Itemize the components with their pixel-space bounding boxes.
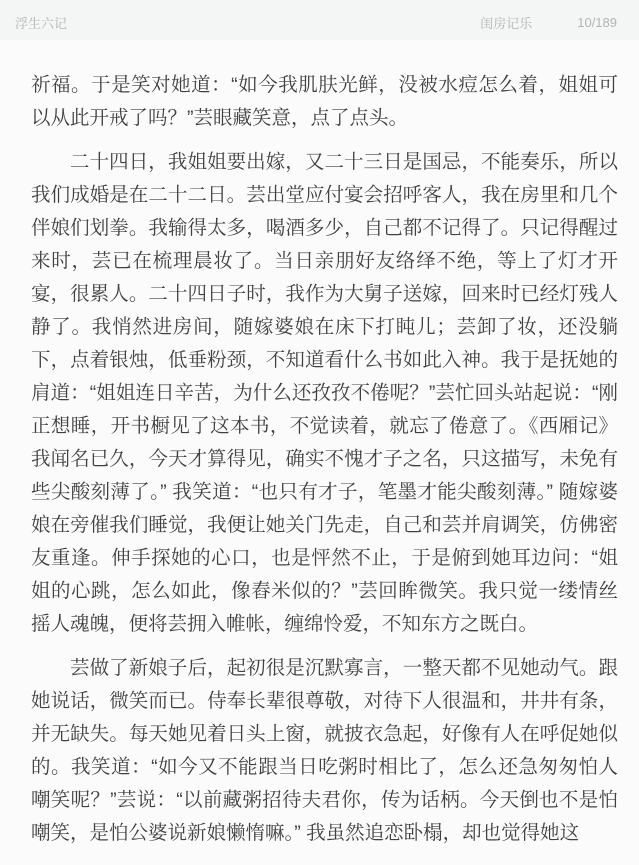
chapter-title: 闺房记乐 xyxy=(480,13,532,32)
book-title: 浮生六记 xyxy=(15,13,67,32)
text-paragraph: 祈福。于是笑对她道：“如今我肌肤光鲜，没被水痘怎么着，姐姐可以从此开戒了吗？”芸… xyxy=(31,69,618,135)
text-paragraph: 芸做了新娘子后，起初很是沉默寡言，一整天都不见她动气。跟她说话，微笑而已。侍奉长… xyxy=(31,652,618,850)
reader-header: 浮生六记 闺房记乐 10/189 xyxy=(0,0,639,40)
page-indicator: 10/189 xyxy=(577,15,617,30)
text-paragraph: 二十四日，我姐姐要出嫁，又二十三日是国忌，不能奏乐，所以我们成婚是在二十二日。芸… xyxy=(31,146,618,641)
reading-page[interactable]: 祈福。于是笑对她道：“如今我肌肤光鲜，没被水痘怎么着，姐姐可以从此开戒了吗？”芸… xyxy=(0,40,639,865)
